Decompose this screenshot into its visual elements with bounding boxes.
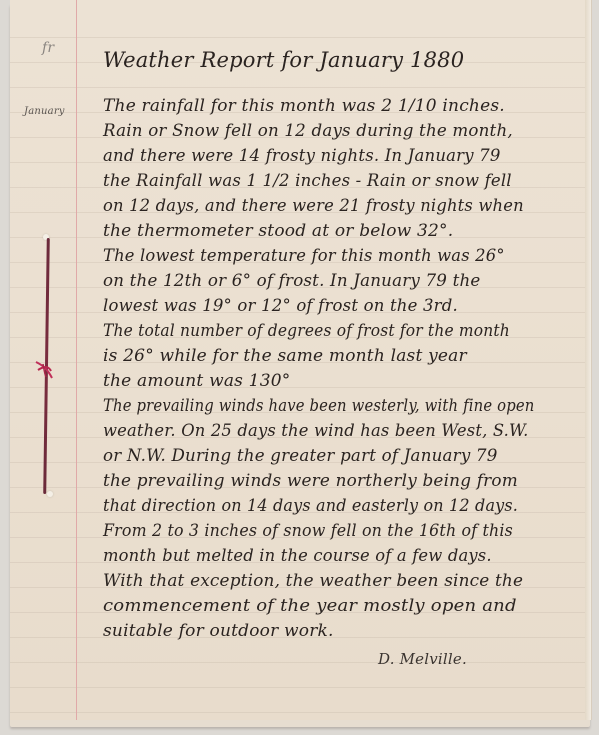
text-line: or N.W. During the greater part of Janua… (103, 446, 498, 466)
text-line: The prevailing winds have been westerly,… (103, 396, 534, 416)
page-edge (585, 0, 591, 720)
text-line: is 26° while for the same month last yea… (103, 346, 467, 366)
text-line: lowest was 19° or 12° of frost on the 3r… (103, 296, 458, 316)
text-line: on the 12th or 6° of frost. In January 7… (103, 271, 480, 291)
text-line: suitable for outdoor work. (103, 621, 334, 641)
text-line: weather. On 25 days the wind has been We… (103, 421, 529, 441)
text-line: the Rainfall was 1 1/2 inches - Rain or … (103, 171, 512, 191)
text-line: and there were 14 frosty nights. In Janu… (103, 146, 501, 166)
text-line: on 12 days, and there were 21 frosty nig… (103, 196, 524, 216)
text-line: the prevailing winds were northerly bein… (103, 471, 518, 491)
text-line: that direction on 14 days and easterly o… (103, 496, 518, 516)
signature: D. Melville. (378, 650, 467, 668)
margin-pencil-mark: fr (42, 40, 54, 56)
document-title: Weather Report for January 1880 (103, 48, 464, 72)
text-line: commencement of the year mostly open and (103, 596, 517, 616)
thread-knot-icon (34, 358, 54, 380)
scanned-document: fr January Weather Report for January 18… (0, 0, 599, 735)
text-line: month but melted in the course of a few … (103, 546, 492, 566)
text-line: The total number of degrees of frost for… (103, 321, 510, 341)
text-line: the amount was 130° (103, 371, 290, 391)
text-line: From 2 to 3 inches of snow fell on the 1… (103, 521, 513, 541)
margin-rule (76, 0, 77, 720)
margin-label-january: January (24, 106, 65, 117)
text-line: The lowest temperature for this month wa… (103, 246, 505, 266)
binding-hole-bottom (47, 491, 53, 497)
text-line: the thermometer stood at or below 32°. (103, 221, 453, 241)
text-line: Rain or Snow fell on 12 days during the … (103, 121, 513, 141)
text-line: With that exception, the weather been si… (103, 571, 523, 591)
text-line: The rainfall for this month was 2 1/10 i… (103, 96, 505, 116)
notebook-page: fr January Weather Report for January 18… (10, 0, 592, 720)
